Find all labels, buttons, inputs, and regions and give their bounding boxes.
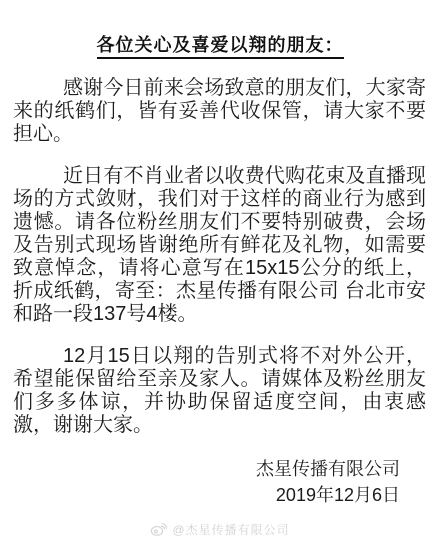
page-title-text: 各位关心及喜爱以翔的朋友： — [97, 35, 344, 59]
watermark-text: @杰星传播有限公司 — [172, 521, 289, 538]
weibo-icon — [150, 522, 167, 537]
signature-company: 杰星传播有限公司 — [0, 456, 400, 482]
signature-date: 2019年12月6日 — [0, 482, 400, 508]
paragraph-flower-notice: 近日有不肖业者以收费代购花束及直播现场的方式敛财，我们对于这样的商业行为感到遗憾… — [13, 165, 426, 326]
signature-block: 杰星传播有限公司 2019年12月6日 — [0, 456, 400, 508]
weibo-watermark: @杰星传播有限公司 — [0, 521, 440, 538]
announcement-body: 感谢今日前来会场致意的朋友们，大家寄来的纸鹤们，皆有妥善代收保管，请大家不要担心… — [13, 77, 426, 437]
page-title: 各位关心及喜爱以翔的朋友： — [0, 31, 440, 57]
paragraph-farewell-privacy: 12月15日以翔的告别式将不对外公开，希望能保留给至亲及家人。请媒体及粉丝朋友们… — [13, 345, 426, 437]
announcement-page: 各位关心及喜爱以翔的朋友： 感谢今日前来会场致意的朋友们，大家寄来的纸鹤们，皆有… — [0, 0, 440, 545]
paragraph-thanks: 感谢今日前来会场致意的朋友们，大家寄来的纸鹤们，皆有妥善代收保管，请大家不要担心… — [13, 77, 426, 146]
